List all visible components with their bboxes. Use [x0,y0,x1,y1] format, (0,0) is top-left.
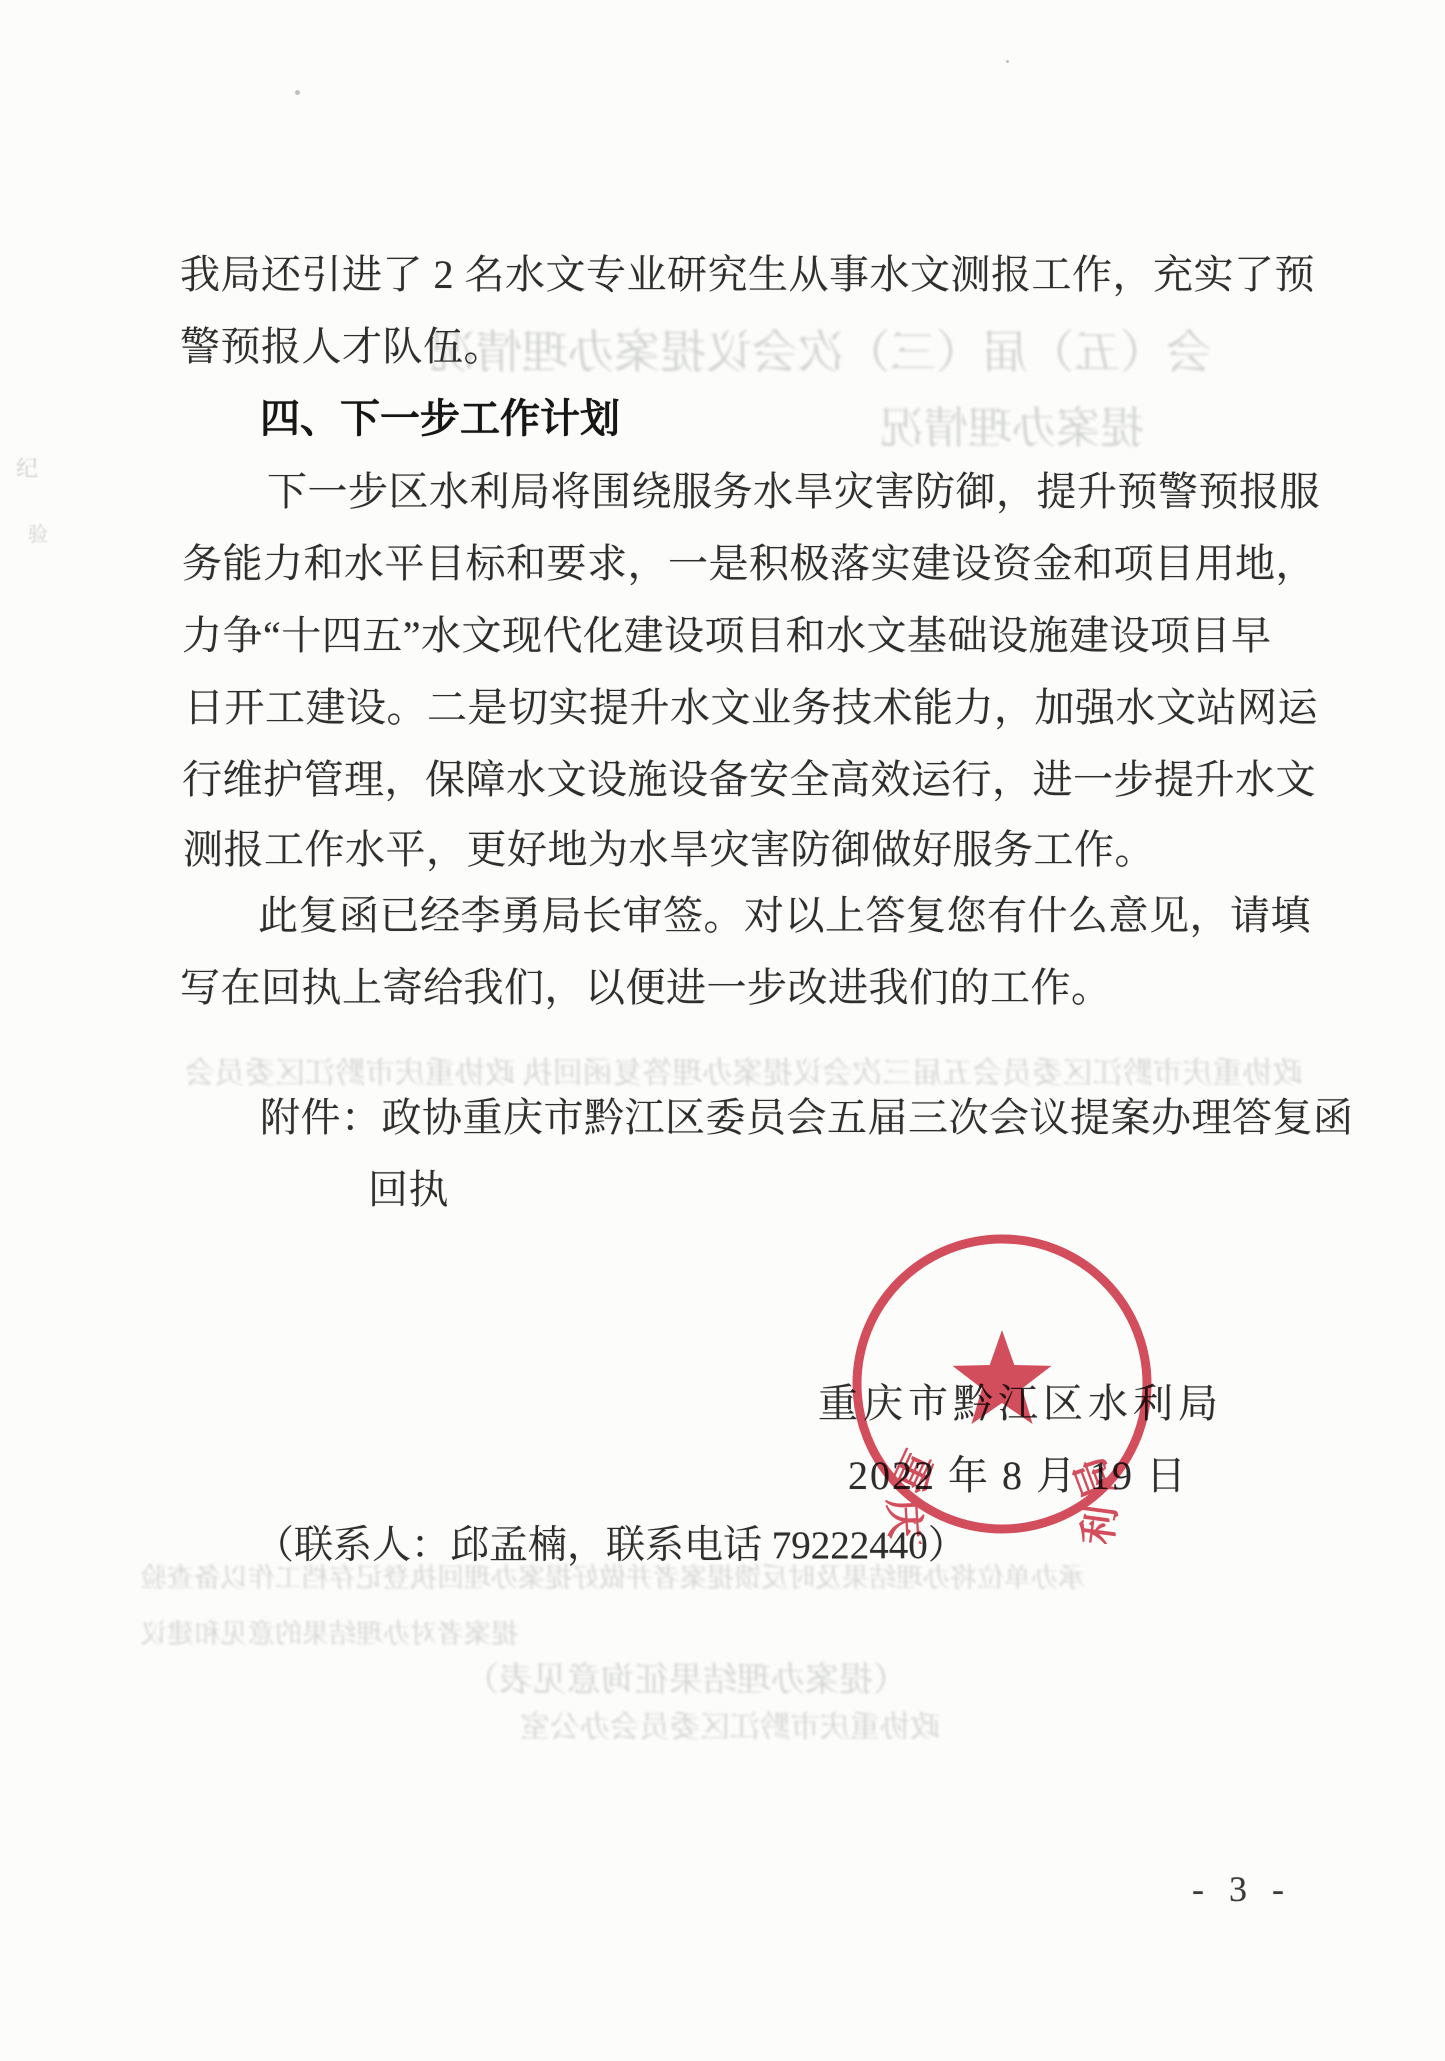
body-line: 我局还引进了 2 名水文专业研究生从事水文测报工作，充实了预 [180,243,1315,300]
official-seal: 重庆市黔江区水利局 [842,1224,1162,1544]
scan-artifact: 验 [28,518,48,547]
body-line: 写在回执上寄给我们，以便进一步改进我们的工作。 [180,956,1112,1013]
body-line: 日开工建设。二是切实提升水文业务技术能力，加强水文站网运 [184,676,1318,733]
body-line: 测报工作水平，更好地为水旱灾害防御做好服务工作。 [183,818,1155,875]
scan-artifact: 纪 [16,452,38,483]
attachment-line: 附件：政协重庆市黔江区委员会五届三次会议提案办理答复函 [260,1086,1354,1143]
attachment-line: 回执 [368,1158,449,1215]
section-heading: 四、下一步工作计划 [260,387,620,444]
scanned-document-page: 会（五）届（三）次会议提案办理情况 提案办理情况 政协重庆市黔江区委员会五届三次… [0,0,1445,2061]
body-line: 行维护管理，保障水文设施设备安全高效运行，进一步提升水文 [182,748,1316,805]
body-line: 此复函已经李勇局长审签。对以上答复您有什么意见，请填 [258,884,1311,941]
body-line: 警预报人才队伍。 [180,315,504,372]
page-number: - 3 - [1192,1868,1292,1910]
scan-speck [295,90,300,95]
bleedthrough-text: （提案办理结果征询意见表） [465,1652,907,1701]
scan-speck [1006,60,1009,63]
bleedthrough-text: 提案者对办理结果的意见和建议 [140,1612,518,1651]
body-line: 务能力和水平目标和要求，一是积极落实建设资金和项目用地， [182,532,1316,589]
body-line: 力争“十四五”水文现代化建设项目和水文基础设施建设项目早 [182,604,1272,661]
bleedthrough-text: 政协重庆市黔江区委员会办公室 [520,1702,940,1746]
bleedthrough-text: 提案办理情况 [880,392,1144,456]
seal-star [953,1330,1052,1424]
bleedthrough-text: 会（五）届（三）次会议提案办理情况 [430,316,1212,382]
body-line: 下一步区水利局将围绕服务水旱灾害防御，提升预警预报服 [267,460,1320,517]
